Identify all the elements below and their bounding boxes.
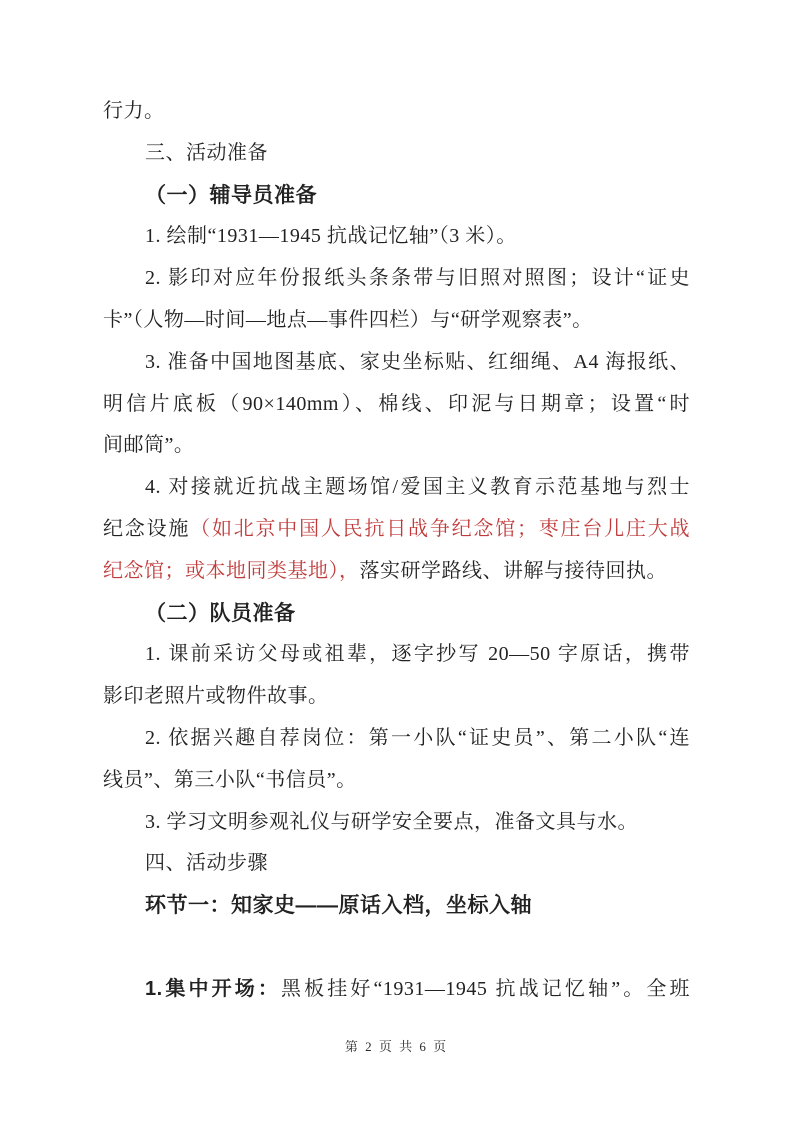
text-line: 环节一：知家史——原话入档，坐标入轴: [103, 885, 690, 927]
text-segment: 影印老照片或物件故事。: [103, 685, 329, 707]
text-segment: 2. 影印对应年份报纸头条条带与旧照对照图；设计“证史: [145, 267, 690, 289]
text-line: 纪念设施（如北京中国人民抗日战争纪念馆；枣庄台儿庄大战: [103, 509, 690, 551]
text-segment: 3. 学习文明参观礼仪与研学安全要点，准备文具与水。: [145, 811, 638, 833]
bold-lead-text: 1.集中开场：: [145, 978, 281, 1000]
text-line: 4. 对接就近抗战主题场馆/爱国主义教育示范基地与烈士: [103, 467, 690, 509]
text-segment: 纪念设施: [103, 518, 190, 540]
text-line: 行力。: [103, 91, 690, 133]
text-segment: 四、活动步骤: [145, 852, 268, 874]
text-line: 纪念馆；或本地同类基地），落实研学路线、讲解与接待回执。: [103, 551, 690, 593]
text-segment: 1. 课前采访父母或祖辈，逐字抄写 20—50 字原话，携带: [145, 643, 690, 665]
document-page: 行力。三、活动准备（一）辅导员准备1. 绘制“1931—1945 抗战记忆轴”（…: [0, 0, 793, 1122]
text-segment: 4. 对接就近抗战主题场馆/爱国主义教育示范基地与烈士: [145, 476, 690, 498]
text-segment: 行力。: [103, 100, 165, 122]
text-segment: 线员”、第三小队“书信员”。: [103, 769, 357, 791]
red-highlighted-text: （如北京中国人民抗日战争纪念馆；枣庄台儿庄大战: [190, 518, 690, 540]
text-line: 1.集中开场：黑板挂好“1931—1945 抗战记忆轴”。全班: [103, 969, 690, 1011]
text-segment: （一）辅导员准备: [145, 184, 317, 207]
text-line: （二）队员准备: [103, 593, 690, 635]
red-highlighted-text: 纪念馆；或本地同类基地），: [103, 560, 360, 582]
text-segment: 间邮筒”。: [103, 434, 194, 456]
text-line: （一）辅导员准备: [103, 175, 690, 217]
text-line: 1. 绘制“1931—1945 抗战记忆轴”（3 米）。: [103, 216, 690, 258]
text-line: 间邮筒”。: [103, 425, 690, 467]
text-segment: 3. 准备中国地图基底、家史坐标贴、红细绳、A4 海报纸、: [145, 351, 690, 373]
text-segment: （二）队员准备: [145, 602, 296, 625]
text-segment: 三、活动准备: [145, 142, 268, 164]
text-line: 2. 依据兴趣自荐岗位：第一小队“证史员”、第二小队“连: [103, 718, 690, 760]
text-segment: 落实研学路线、讲解与接待回执。: [360, 560, 668, 582]
blank-line: [103, 927, 690, 969]
text-line: 明信片底板（90×140mm）、棉线、印泥与日期章；设置“时: [103, 384, 690, 426]
text-line: 3. 学习文明参观礼仪与研学安全要点，准备文具与水。: [103, 802, 690, 844]
text-segment: 黑板挂好“1931—1945 抗战记忆轴”。全班: [281, 978, 690, 1000]
text-line: 影印老照片或物件故事。: [103, 676, 690, 718]
document-body: 行力。三、活动准备（一）辅导员准备1. 绘制“1931—1945 抗战记忆轴”（…: [103, 91, 690, 1011]
text-segment: 环节一：知家史——原话入档，坐标入轴: [145, 894, 532, 917]
page-footer: 第 2 页 共 6 页: [0, 1036, 793, 1055]
text-line: 1. 课前采访父母或祖辈，逐字抄写 20—50 字原话，携带: [103, 634, 690, 676]
text-line: 四、活动步骤: [103, 843, 690, 885]
text-segment: 明信片底板（90×140mm）、棉线、印泥与日期章；设置“时: [103, 393, 690, 415]
text-segment: 卡”（人物—时间—地点—事件四栏）与“研学观察表”。: [103, 309, 593, 331]
text-line: 线员”、第三小队“书信员”。: [103, 760, 690, 802]
text-line: 3. 准备中国地图基底、家史坐标贴、红细绳、A4 海报纸、: [103, 342, 690, 384]
text-line: 三、活动准备: [103, 133, 690, 175]
text-segment: 1. 绘制“1931—1945 抗战记忆轴”（3 米）。: [145, 225, 517, 247]
text-line: 卡”（人物—时间—地点—事件四栏）与“研学观察表”。: [103, 300, 690, 342]
text-line: 2. 影印对应年份报纸头条条带与旧照对照图；设计“证史: [103, 258, 690, 300]
text-segment: 2. 依据兴趣自荐岗位：第一小队“证史员”、第二小队“连: [145, 727, 690, 749]
